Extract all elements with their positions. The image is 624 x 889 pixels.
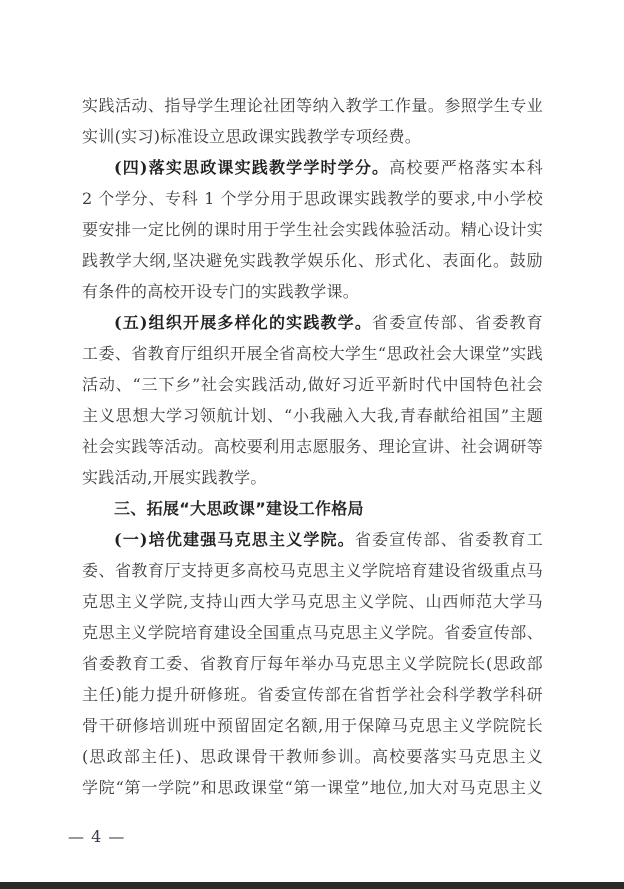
paragraph-lead: (一)培优建强马克思主义学院。	[114, 530, 355, 549]
text-line: 工委、省教育厅组织开展全省高校大学生“思政社会大课堂”实践	[82, 338, 543, 369]
page-bottom-edge	[0, 882, 624, 889]
text-line: 实践活动,开展实践教学。	[82, 462, 543, 493]
text-line: 要安排一定比例的课时用于学生社会实践体验活动。精心设计实	[82, 214, 543, 245]
text-line: (思政部主任)、思政课骨干教师参训。高校要落实马克思主义	[82, 741, 543, 772]
paragraph-lead: (五)组织开展多样化的实践教学。	[114, 313, 372, 332]
text-line: 实践活动、指导学生理论社团等纳入教学工作量。参照学生专业	[82, 90, 543, 121]
text-line: 骨干研修培训班中预留固定名额,用于保障马克思主义学院院长	[82, 710, 543, 741]
document-body: 实践活动、指导学生理论社团等纳入教学工作量。参照学生专业实训(实习)标准设立思政…	[82, 90, 543, 803]
page-number: — 4 —	[68, 827, 125, 847]
text-line: 学院“第一学院”和思政课堂“第一课堂”地位,加大对马克思主义	[82, 772, 543, 803]
text-line: 主任)能力提升研修班。省委宣传部在省哲学社会科学教学科研	[82, 679, 543, 710]
text-line: 省委教育工委、省教育厅每年举办马克思主义学院院长(思政部	[82, 648, 543, 679]
text-line: (一)培优建强马克思主义学院。省委宣传部、省委教育工	[82, 524, 543, 555]
text-line: 克思主义学院培育建设全国重点马克思主义学院。省委宣传部、	[82, 617, 543, 648]
text-line: 2 个学分、专科 1 个学分用于思政课实践教学的要求,中小学校	[82, 183, 543, 214]
text-line: 主义思想大学习领航计划、“小我融入大我,青春献给祖国”主题	[82, 400, 543, 431]
text-line: 践教学大纲,坚决避免实践教学娱乐化、形式化、表面化。鼓励	[82, 245, 543, 276]
text-line: 社会实践等活动。高校要利用志愿服务、理论宣讲、社会调研等	[82, 431, 543, 462]
text-line: 委、省教育厅支持更多高校马克思主义学院培育建设省级重点马	[82, 555, 543, 586]
text-line: 有条件的高校开设专门的实践教学课。	[82, 276, 543, 307]
text-line: 活动、“三下乡”社会实践活动,做好习近平新时代中国特色社会	[82, 369, 543, 400]
text-line: (四)落实思政课实践教学学时学分。高校要严格落实本科	[82, 152, 543, 183]
document-page: 实践活动、指导学生理论社团等纳入教学工作量。参照学生专业实训(实习)标准设立思政…	[0, 0, 624, 889]
text-line: 实训(实习)标准设立思政课实践教学专项经费。	[82, 121, 543, 152]
section-heading: 三、拓展“大思政课”建设工作格局	[82, 493, 543, 524]
paragraph-lead: (四)落实思政课实践教学学时学分。	[114, 158, 389, 177]
text-line: 克思主义学院,支持山西大学马克思主义学院、山西师范大学马	[82, 586, 543, 617]
text-line: (五)组织开展多样化的实践教学。省委宣传部、省委教育	[82, 307, 543, 338]
